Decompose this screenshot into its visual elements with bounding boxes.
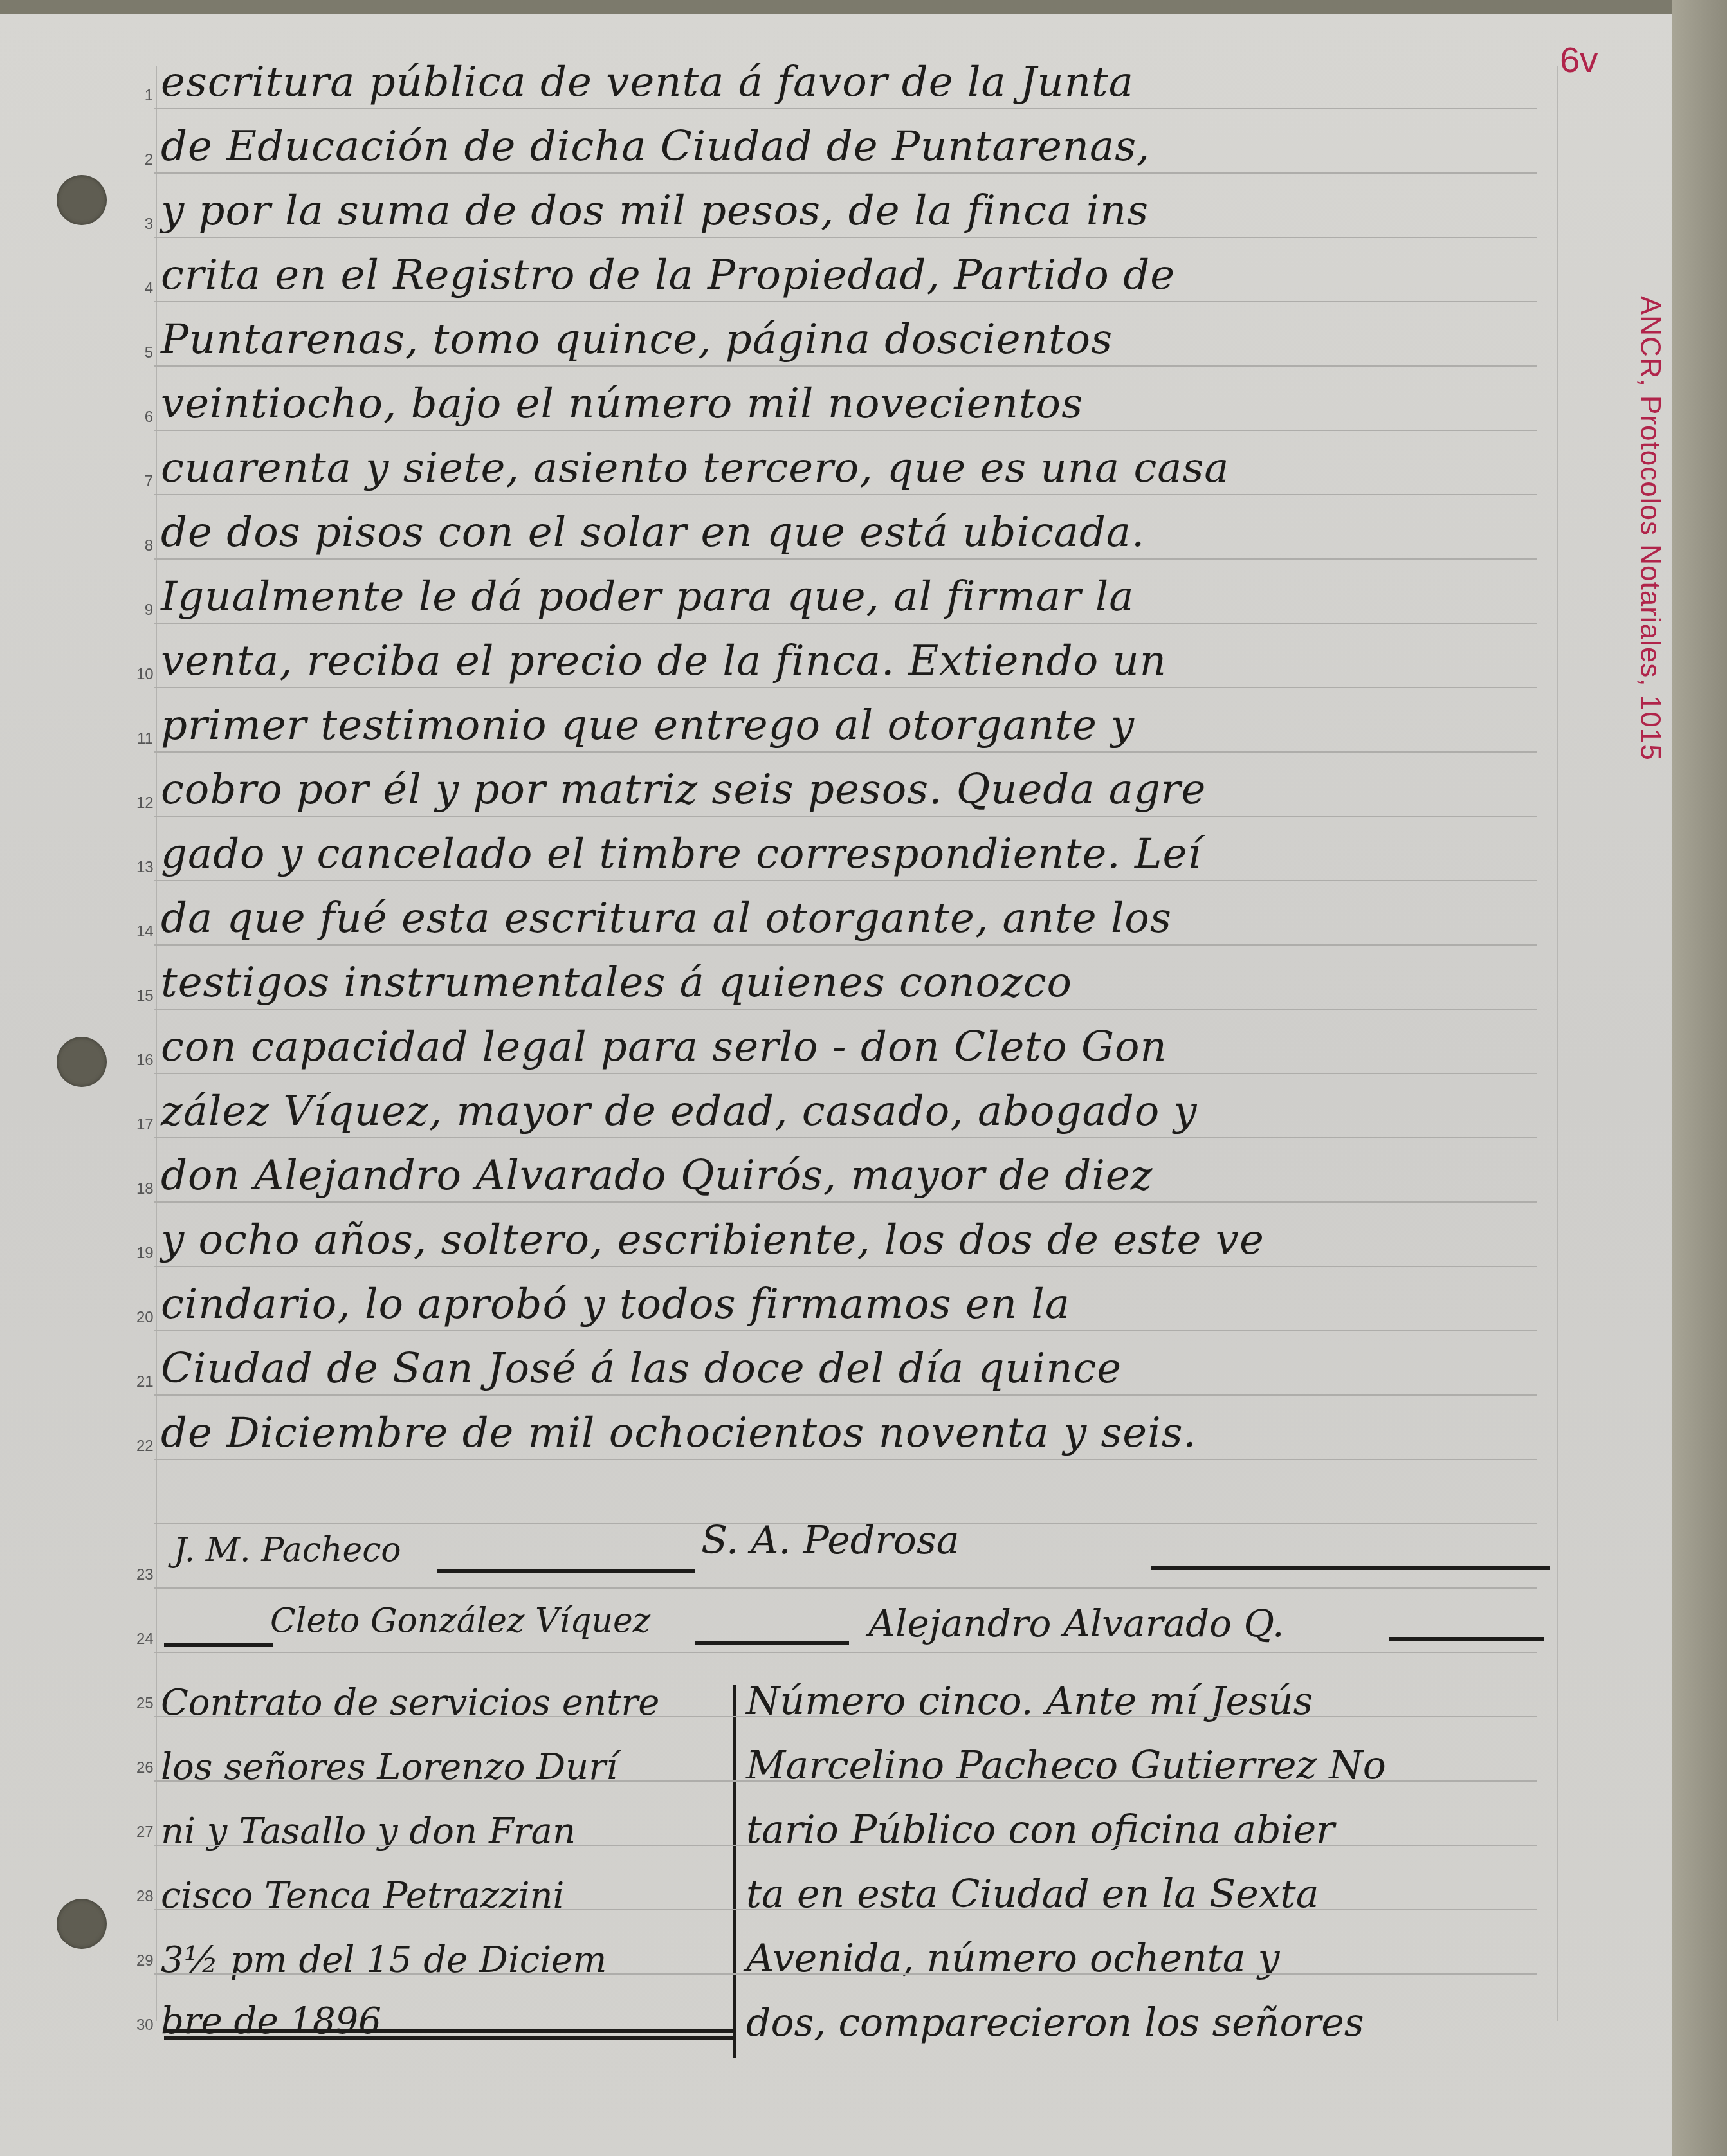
ruled-line bbox=[154, 1009, 1537, 1010]
margin-note-line: los señores Lorenzo Durí bbox=[161, 1746, 708, 1788]
ruled-line bbox=[154, 623, 1537, 624]
line-number: 25 bbox=[136, 1695, 153, 1713]
margin-note-line: cisco Tenca Petrazzini bbox=[161, 1875, 708, 1917]
text-line: gado y cancelado el timbre correspondien… bbox=[161, 807, 1550, 878]
ruled-line bbox=[154, 944, 1537, 946]
margin-note-line: 3½ pm del 15 de Diciem bbox=[161, 1939, 708, 1981]
deed-line: dos, comparecieron los señores bbox=[746, 2000, 1550, 2045]
line-number: 14 bbox=[136, 923, 153, 941]
text-line: veintiocho, bajo el número mil novecient… bbox=[161, 357, 1550, 428]
text-line: zález Víquez, mayor de edad, casado, abo… bbox=[161, 1064, 1550, 1135]
text-line: primer testimonio que entrego al otorgan… bbox=[161, 679, 1550, 749]
ruled-line bbox=[154, 1523, 1537, 1524]
line-number: 3 bbox=[136, 215, 153, 233]
ruled-line bbox=[154, 1845, 1537, 1846]
line-number: 6 bbox=[136, 408, 153, 426]
signature-gonzalez: Cleto González Víquez bbox=[270, 1602, 650, 1640]
ruled-line bbox=[154, 365, 1537, 367]
line-number: 19 bbox=[136, 1245, 153, 1263]
ruled-line bbox=[154, 1587, 1537, 1589]
text-line: de Educación de dicha Ciudad de Puntaren… bbox=[161, 100, 1550, 170]
signature-rule bbox=[1389, 1637, 1544, 1641]
line-number: 11 bbox=[136, 730, 153, 748]
ruled-line bbox=[154, 751, 1537, 753]
signature-rule bbox=[437, 1569, 695, 1573]
ruled-line bbox=[154, 1652, 1537, 1653]
ruled-line bbox=[154, 1330, 1537, 1331]
text-line: cobro por él y por matriz seis pesos. Qu… bbox=[161, 743, 1550, 814]
text-line: don Alejandro Alvarado Quirós, mayor de … bbox=[161, 1129, 1550, 1200]
line-number: 4 bbox=[136, 280, 153, 298]
line-number: 18 bbox=[136, 1180, 153, 1198]
text-line: y por la suma de dos mil pesos, de la fi… bbox=[161, 164, 1550, 235]
ruled-line bbox=[154, 1394, 1537, 1396]
ruled-line bbox=[154, 816, 1537, 817]
margin-note-line: Contrato de servicios entre bbox=[161, 1682, 708, 1724]
line-number: 22 bbox=[136, 1438, 153, 1456]
text-line: Ciudad de San José á las doce del día qu… bbox=[161, 1322, 1550, 1393]
ruled-line bbox=[154, 301, 1537, 302]
ruled-line bbox=[154, 237, 1537, 238]
text-line: de Diciembre de mil ochocientos noventa … bbox=[161, 1386, 1550, 1457]
text-line: cuarenta y siete, asiento tercero, que e… bbox=[161, 421, 1550, 492]
ruled-line bbox=[154, 1459, 1537, 1460]
ruled-line bbox=[154, 1909, 1537, 1910]
ruled-line bbox=[154, 1716, 1537, 1717]
ruled-line bbox=[154, 687, 1537, 688]
double-rule bbox=[164, 2029, 736, 2033]
ruled-line bbox=[154, 558, 1537, 560]
line-number: 1 bbox=[136, 87, 153, 105]
line-number: 26 bbox=[136, 1759, 153, 1777]
line-number: 29 bbox=[136, 1952, 153, 1970]
ruled-line bbox=[154, 494, 1537, 495]
line-number: 23 bbox=[136, 1566, 153, 1584]
punch-hole bbox=[57, 1899, 107, 1949]
margin-rule bbox=[156, 66, 157, 2021]
folio-number: 6v bbox=[1560, 39, 1598, 80]
punch-hole bbox=[57, 1037, 107, 1087]
line-number: 13 bbox=[136, 859, 153, 877]
line-number: 8 bbox=[136, 537, 153, 555]
line-number: 17 bbox=[136, 1116, 153, 1134]
text-line: da que fué esta escritura al otorgante, … bbox=[161, 872, 1550, 942]
line-number: 24 bbox=[136, 1631, 153, 1649]
text-line: con capacidad legal para serlo - don Cle… bbox=[161, 1000, 1550, 1071]
text-line: testigos instrumentales á quienes conozc… bbox=[161, 936, 1550, 1007]
text-line: crita en el Registro de la Propiedad, Pa… bbox=[161, 228, 1550, 299]
line-number: 7 bbox=[136, 473, 153, 491]
page-edge-shadow bbox=[1672, 0, 1727, 2156]
signature-rule bbox=[695, 1641, 849, 1645]
margin-note-line: ni y Tasallo y don Fran bbox=[161, 1811, 708, 1852]
ruled-line bbox=[154, 1780, 1537, 1782]
line-number: 21 bbox=[136, 1373, 153, 1391]
text-line: escritura pública de venta á favor de la… bbox=[161, 35, 1550, 106]
line-number: 12 bbox=[136, 794, 153, 812]
right-rule bbox=[1557, 66, 1558, 2021]
ruled-line bbox=[154, 1201, 1537, 1203]
line-number: 15 bbox=[136, 987, 153, 1005]
text-line: Igualmente le dá poder para que, al firm… bbox=[161, 550, 1550, 621]
line-number: 5 bbox=[136, 344, 153, 362]
signature-pacheco: J. M. Pacheco bbox=[174, 1531, 401, 1569]
signature-rule bbox=[164, 1643, 273, 1647]
ruled-line bbox=[154, 1137, 1537, 1138]
text-line: Puntarenas, tomo quince, página doscient… bbox=[161, 293, 1550, 363]
ruled-line bbox=[154, 880, 1537, 881]
archive-reference: ANCR, Protocolos Notariales, 1015 bbox=[1634, 296, 1666, 761]
line-number: 2 bbox=[136, 151, 153, 169]
line-number: 16 bbox=[136, 1052, 153, 1070]
line-number: 9 bbox=[136, 601, 153, 619]
text-line: cindario, lo aprobó y todos firmamos en … bbox=[161, 1257, 1550, 1328]
ruled-line bbox=[154, 1266, 1537, 1267]
line-number: 10 bbox=[136, 666, 153, 684]
line-number: 30 bbox=[136, 2016, 153, 2034]
line-number: 27 bbox=[136, 1823, 153, 1841]
text-line: y ocho años, soltero, escribiente, los d… bbox=[161, 1193, 1550, 1264]
signature-notary: S. A. Pedrosa bbox=[701, 1518, 960, 1563]
signature-rule bbox=[1151, 1566, 1550, 1570]
double-rule bbox=[164, 2036, 736, 2040]
ruled-line bbox=[154, 108, 1537, 109]
ruled-line bbox=[154, 172, 1537, 174]
line-number: 28 bbox=[136, 1888, 153, 1906]
line-number: 20 bbox=[136, 1309, 153, 1327]
signature-alvarado: Alejandro Alvarado Q. bbox=[868, 1602, 1284, 1645]
column-divider bbox=[733, 1685, 736, 2058]
ruled-line bbox=[154, 1973, 1537, 1975]
ruled-line bbox=[154, 1073, 1537, 1074]
text-line: de dos pisos con el solar en que está ub… bbox=[161, 486, 1550, 556]
text-line: venta, reciba el precio de la finca. Ext… bbox=[161, 614, 1550, 685]
ruled-line bbox=[154, 430, 1537, 431]
punch-hole bbox=[57, 175, 107, 225]
